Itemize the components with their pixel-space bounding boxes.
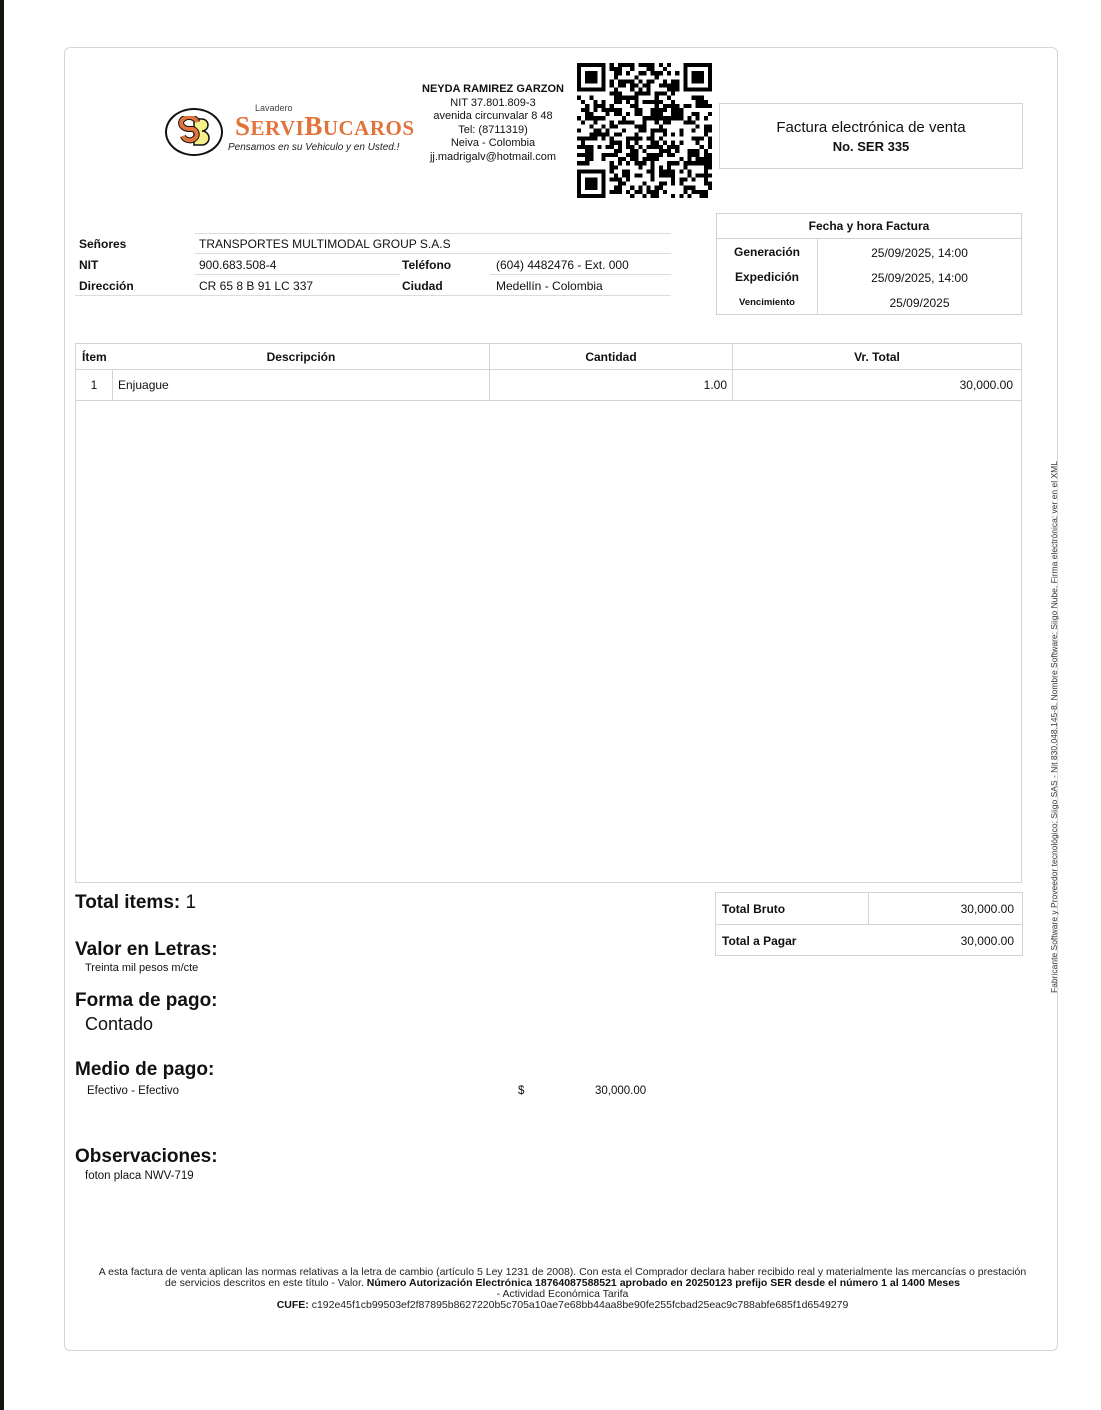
date-row-expedicion: Expedición 25/09/2025, 14:00: [717, 264, 1021, 289]
invoice-title: Factura electrónica de venta: [720, 119, 1022, 136]
legal-footer: A esta factura de venta aplican las norm…: [95, 1267, 1030, 1311]
window-edge: [0, 0, 4, 1410]
date-row-vencimiento: Vencimiento 25/09/2025: [717, 289, 1021, 314]
medio-pago-amount: 30,000.00: [595, 1085, 646, 1097]
customer-info-table: Señores TRANSPORTES MULTIMODAL GROUP S.A…: [75, 233, 671, 296]
expedicion-value: 25/09/2025, 14:00: [818, 271, 1021, 285]
header-description: Descripción: [112, 350, 490, 364]
header-total: Vr. Total: [733, 350, 1021, 364]
issuer-nit: NIT 37.801.809-3: [410, 97, 576, 111]
logo-slogan: Pensamos en su Vehiculo y en Usted.!: [228, 142, 399, 153]
customer-row-nit: NIT 900.683.508-4 Teléfono (604) 4482476…: [75, 254, 671, 275]
telefono-label: Teléfono: [402, 258, 451, 272]
items-table-header: Ítem Descripción Cantidad Vr. Total: [76, 344, 1021, 370]
customer-row-direccion: Dirección CR 65 8 B 91 LC 337 Ciudad Med…: [75, 275, 671, 296]
total-items-value: 1: [186, 892, 197, 913]
senores-value: TRANSPORTES MULTIMODAL GROUP S.A.S: [199, 237, 451, 251]
ciudad-value: Medellín - Colombia: [496, 279, 603, 293]
row-item: 1: [76, 378, 112, 392]
forma-pago-label: Forma de pago:: [75, 990, 218, 1012]
issuer-address: avenida circunvalar 8 48: [410, 110, 576, 124]
issuer-info: NEYDA RAMIREZ GARZON NIT 37.801.809-3 av…: [410, 83, 576, 164]
table-row: 1 Enjuague 1.00 30,000.00: [76, 370, 1021, 401]
forma-pago-value: Contado: [85, 1014, 153, 1035]
date-row-generacion: Generación 25/09/2025, 14:00: [717, 239, 1021, 264]
total-items: Total items: 1: [75, 892, 196, 914]
valor-letras-value: Treinta mil pesos m/cte: [85, 962, 198, 974]
invoice-dates-box: Fecha y hora Factura Generación 25/09/20…: [716, 213, 1022, 315]
cufe-value: c192e45f1cb99503ef2f87895b8627220b5c705a…: [312, 1299, 849, 1311]
total-bruto-label: Total Bruto: [722, 902, 785, 916]
cufe-label: CUFE:: [277, 1299, 309, 1311]
customer-row-senores: Señores TRANSPORTES MULTIMODAL GROUP S.A…: [75, 233, 671, 254]
row-total: 30,000.00: [960, 378, 1013, 392]
total-pagar-value: 30,000.00: [961, 934, 1014, 948]
generacion-value: 25/09/2025, 14:00: [818, 246, 1021, 260]
invoice-number: No. SER 335: [720, 139, 1022, 154]
header-item: Ítem: [82, 350, 107, 364]
direccion-label: Dirección: [79, 279, 134, 293]
generacion-label: Generación: [717, 245, 817, 259]
row-description: Enjuague: [118, 378, 169, 392]
dates-header: Fecha y hora Factura: [717, 214, 1021, 239]
issuer-city: Neiva - Colombia: [410, 137, 576, 151]
row-quantity: 1.00: [704, 378, 727, 392]
vencimiento-value: 25/09/2025: [818, 296, 1021, 310]
qr-code-icon: [577, 63, 712, 198]
total-pagar-row: Total a Pagar 30,000.00: [716, 924, 1022, 956]
senores-label: Señores: [79, 237, 126, 251]
issuer-email: jj.madrigalv@hotmail.com: [410, 151, 576, 165]
issuer-phone: Tel: (8711319): [410, 124, 576, 138]
valor-letras-label: Valor en Letras:: [75, 939, 218, 961]
vencimiento-label: Vencimiento: [717, 297, 817, 308]
authorization-text: Número Autorización Electrónica 18764087…: [367, 1277, 960, 1289]
medio-pago-currency: $: [518, 1085, 524, 1097]
total-bruto-row: Total Bruto 30,000.00: [716, 893, 1022, 924]
total-pagar-label: Total a Pagar: [722, 934, 796, 948]
total-bruto-value: 30,000.00: [961, 902, 1014, 916]
header-quantity: Cantidad: [490, 350, 732, 364]
issuer-name: NEYDA RAMIREZ GARZON: [410, 83, 576, 97]
logo-emblem-icon: [165, 108, 223, 156]
totals-box: Total Bruto 30,000.00 Total a Pagar 30,0…: [715, 892, 1023, 956]
observaciones-label: Observaciones:: [75, 1146, 218, 1168]
telefono-value: (604) 4482476 - Ext. 000: [496, 258, 629, 272]
medio-pago-label: Medio de pago:: [75, 1059, 214, 1081]
total-items-label: Total items:: [75, 892, 180, 913]
logo-brand-name: SERVIBUCAROS: [235, 111, 415, 142]
items-table: Ítem Descripción Cantidad Vr. Total 1 En…: [75, 343, 1022, 883]
software-provider-note: Fabricante Software y Proveedor tecnológ…: [1049, 393, 1059, 993]
nit-value: 900.683.508-4: [199, 258, 276, 272]
observaciones-value: foton placa NWV-719: [85, 1170, 194, 1182]
invoice-title-box: Factura electrónica de venta No. SER 335: [719, 103, 1023, 169]
ciudad-label: Ciudad: [402, 279, 443, 293]
direccion-value: CR 65 8 B 91 LC 337: [199, 279, 313, 293]
expedicion-label: Expedición: [717, 270, 817, 284]
invoice-page: Lavadero SERVIBUCAROS Pensamos en su Veh…: [64, 47, 1058, 1351]
medio-pago-value: Efectivo - Efectivo: [87, 1085, 179, 1097]
company-logo: Lavadero SERVIBUCAROS Pensamos en su Veh…: [165, 103, 405, 163]
nit-label: NIT: [79, 258, 98, 272]
